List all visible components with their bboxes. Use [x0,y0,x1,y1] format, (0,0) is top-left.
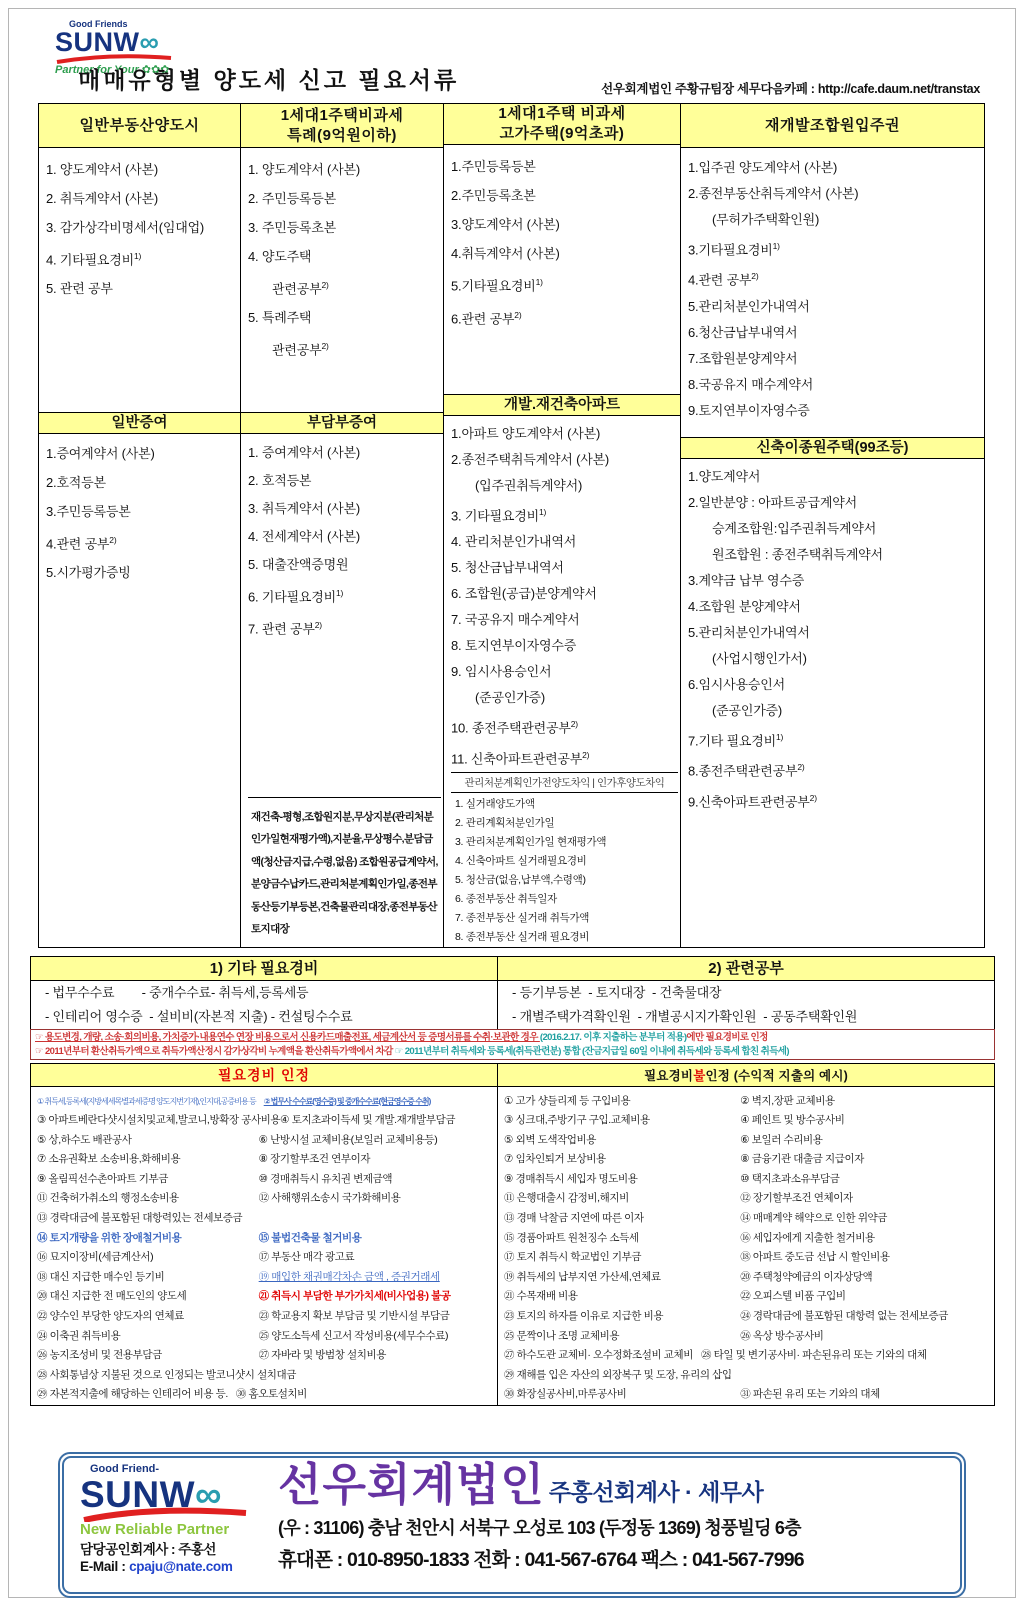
header-contact-info: 선우회계법인 주황규팀장 세무다음카페 : http://cafe.daum.n… [601,79,980,97]
expense-item: ⑤ 상,하수도 배관공사 [37,1131,259,1151]
doc-item: (준공인가증) [475,685,678,711]
expense-line: ⑪ 건축허가취소의 행정소송비용⑫ 사해행위소송시 국가화해비용 [37,1189,494,1209]
recognized-expenses-panel: 필요경비 인정 ① 취득세,등록세(지방세세목별과세증명 양도지번기재),인지대… [31,1064,498,1405]
expense-item: ⑱ 대신 지급한 매수인 등기비 [37,1268,259,1288]
expense-item: ⑳ 주택청약예금의 이자상당액 [740,1268,991,1288]
expense-item: ㉔ 경락대금에 불포함된 대항력 없는 전세보증금 [740,1307,991,1327]
other-expenses-box: 1) 기타 필요경비 - 법무수수료 - 중개수수료- 취득세,등록세등 - 인… [31,957,498,1029]
header-line: 고가주택(9억초과) [444,124,680,144]
expense-item: ⑫ 장기할부조건 연체이자 [740,1189,991,1209]
doc-item: 3. 기타필요경비1) [451,499,678,529]
expense-reference-table: 1) 기타 필요경비 - 법무수수료 - 중개수수료- 취득세,등록세등 - 인… [30,956,995,1030]
doc-list: 1. 증여계약서 (사본)2. 호적등본3. 취득계약서 (사본)4. 전세계약… [248,439,441,644]
doc-item: 6. 기타필요경비1) [248,579,441,611]
doc-item: 7.기타 필요경비1) [688,724,982,754]
gain-detail-list: 1. 실거래양도가액2. 관리계획처분인가일3. 관리처분계획인가일 현재평가액… [451,793,678,947]
column-header: 1세대1주택비과세특례(9억원이하) [241,104,443,148]
column-header: 재개발조합원입주권 [681,104,984,148]
infinity-icon: ∞ [140,27,160,57]
doc-list-with-sub: 1.아파트 양도계약서 (사본)2.종전주택취득계약서 (사본)(입주권취득계약… [444,416,680,947]
doc-item: 5.관리처분인가내역서 [688,620,982,646]
expense-line: ⑤ 상,하수도 배관공사⑥ 난방시설 교체비용(보일러 교체비용등) [37,1131,494,1151]
expense-line: ⑬ 경락대금에 불포함된 대항력있는 전세보증금 [37,1209,494,1229]
expense-item: ⑩ 경매취득시 유치권 변제금액 [259,1170,494,1190]
expense-line: ㉕ 문짝이나 조명 교체비용㉖ 옥상 방수공사비 [504,1327,991,1347]
other-expenses-line1: - 법무수수료 - 중개수수료- 취득세,등록세등 [31,981,497,1005]
footnote-segment: 에만 필요경비로 인정 [686,1032,767,1043]
expense-item: ⑰ 부동산 매각 광고료 [259,1248,494,1268]
footnote-line1: ☞ 용도변경, 개량, 소송·회의비용, 가치증가·내용연수 연장 비용으로서 … [35,1031,990,1045]
doc-item: 4. 양도주택 [248,242,441,271]
doc-item: 2. 호적등본 [248,467,441,495]
expense-item: ㉑ 취득시 부담한 부가가치세(비사업용) 불공 [259,1287,494,1307]
expense-item: ㉙ 재해를 입은 자산의 외장복구 및 도장, 유리의 삽입 [504,1366,991,1386]
footnote-segment: ☞ 2011년부터 환산취득가액으로 취득가액산정시 감가상각비 누계액을 환산… [35,1046,395,1057]
expense-line: ⑯ 묘지이장비(세금계산서)⑰ 부동산 매각 광고료 [37,1248,494,1268]
infinity-icon: ∞ [195,1474,222,1515]
header-line: 1세대1주택 비과세 [444,104,680,124]
footnote-segment: ☞ 용도변경, 개량, 소송·회의비용, 가치증가·내용연수 연장 비용으로서 … [35,1032,540,1043]
doc-item: 3. 관리처분계획인가일 현재평가액 [455,833,678,852]
doc-item: 승계조합원:입주권취득계약서 [712,516,982,542]
doc-item: 4.조합원 분양계약서 [688,594,982,620]
doc-item: (입주권취득계약서) [475,473,678,499]
header-line: 개발.재건축아파트 [444,395,680,415]
denied-expenses-title: 필요경비 불인정 (수익적 지출의 예시) [498,1064,994,1087]
doc-item: 9.토지연부이자영수증 [688,398,982,424]
expense-line: ㉚ 화장실공사비,마루공사비㉛ 파손된 유리 또는 기와의 대체 [504,1385,991,1405]
expense-item: ㉘ 사회통념상 지불된 것으로 인정되는 발코니샷시 설치대금 [37,1366,494,1386]
expense-item: ⑧ 장기할부조건 연부이자 [259,1150,494,1170]
gain-split-subheader: 관리처분계획인가전양도차익 | 인가후양도차익 [451,772,678,793]
expense-item: ㉚ 화장실공사비,마루공사비 [504,1385,740,1405]
expense-item: ⑭ 매매계약 해약으로 인한 위약금 [740,1209,991,1229]
doc-item: 1. 실거래양도가액 [455,795,678,814]
doc-item: 8. 토지연부이자영수증 [451,633,678,659]
firm-name: 선우회계법인 [278,1462,545,1507]
expense-item: ㉑ 수목재배 비용 [504,1287,740,1307]
column-association-right: 재개발조합원입주권 1.입주권 양도계약서 (사본)2.종전부동산취득계약서 (… [681,104,984,947]
expense-line: ⑰ 토지 취득시 학교법인 기부금⑱ 아파트 중도금 선납 시 할인비용 [504,1248,991,1268]
expense-item: ⑭ 토지개량을 위한 장애철거비용 [37,1229,259,1249]
expense-line: ㉙ 재해를 입은 자산의 외장복구 및 도장, 유리의 삽입 [504,1366,991,1386]
expense-line: ㉙ 자본적지출에 해당하는 인테리어 비용 등.㉚ 홈오토설치비 [37,1385,494,1405]
doc-item: 관련공부2) [272,271,441,303]
doc-item: 1.증여계약서 (사본) [46,439,238,468]
expense-item: ⑯ 세입자에게 지출한 철거비용 [740,1229,991,1249]
doc-item: 4. 신축아파트 실거래필요경비 [455,852,678,871]
doc-item: 8.종전주택관련공부2) [688,754,982,784]
footer-firm-info: 선우회계법인 주홍선회계사 · 세무사 (우 : 31106) 충남 천안시 서… [278,1460,958,1590]
header-line: 신축이종원주택(99조등) [681,438,984,458]
expense-item: ⑬ 경매 낙찰금 지연에 따른 이자 [504,1209,740,1229]
expense-item: ③ 아파트베란다샷시설치및교체,발코니,방확장 공사비용 [37,1111,280,1131]
title-segment-red: 불 [693,1066,705,1084]
expense-item: ⑨ 경매취득시 세입자 명도비용 [504,1170,740,1190]
expense-item: ㉒ 양수인 부당한 양도자의 연체료 [37,1307,259,1327]
doc-item: 8. 종전부동산 실거래 필요경비 [455,928,678,947]
expense-item: ⑦ 소유권확보 소송비용,화해비용 [37,1150,259,1170]
related-records-box: 2) 관련공부 - 등기부등본 - 토지대장 - 건축물대장 - 개별주택가격확… [498,957,994,1029]
expense-item: ⑲ 취득세의 납부지연 가산세,연체료 [504,1268,740,1288]
expense-item: ④ 토지초과이득세 및 개발.재개발부담금 [280,1111,494,1131]
doc-item: 2.종전부동산취득계약서 (사본) [688,181,982,207]
logo-wordmark: SUNW∞ [55,29,173,56]
doc-item: 7. 관련 공부2) [248,611,441,643]
expense-item: ⑱ 아파트 중도금 선납 시 할인비용 [740,1248,991,1268]
doc-item: 7.조합원분양계약서 [688,346,982,372]
doc-item: 4. 전세계약서 (사본) [248,523,441,551]
column-header: 일반부동산양도시 [39,104,240,148]
firm-accountant-names: 주홍선회계사 · 세무사 [549,1479,763,1507]
doc-item: 4.관련 공부2) [46,526,238,558]
footnote-segment: ☞ 2011년부터 취득세와 등록세(취득관련분) 통합 (잔금지급일 60일 … [395,1046,789,1057]
footer-accountant: 담당공인회계사 : 주홍선 [80,1543,278,1557]
other-expenses-title: 1) 기타 필요경비 [31,957,497,981]
doc-item: 2. 관리계획처분인가일 [455,814,678,833]
column-one-house-exempt: 1세대1주택비과세특례(9억원이하) 1. 양도계약서 (사본)2. 주민등록등… [241,104,444,947]
expense-line: ③ 아파트베란다샷시설치및교체,발코니,방확장 공사비용④ 토지초과이득세 및 … [37,1111,494,1131]
doc-item: 5.시가평가증빙 [46,558,238,587]
doc-item: 6.임시사용승인서 [688,672,982,698]
doc-item: 3. 주민등록초본 [248,213,441,242]
expense-line: ⑨ 올림픽선수촌아파트 기부금⑩ 경매취득시 유치권 변제금액 [37,1170,494,1190]
doc-item: 3.주민등록등본 [46,497,238,526]
header-line: 1세대1주택비과세 [241,106,443,126]
doc-item: 1.아파트 양도계약서 (사본) [451,421,678,447]
doc-item: 5. 관련 공부 [46,274,238,303]
expense-item: ⑳ 대신 지급한 전 매도인의 양도세 [37,1287,259,1307]
expense-line: ⑨ 경매취득시 세입자 명도비용⑩ 택지초과소유부담금 [504,1170,991,1190]
header-line: 일반부동산양도시 [39,116,240,136]
doc-item: 3. 감가상각비명세서(임대업) [46,213,238,242]
doc-item: 1. 양도계약서 (사본) [248,155,441,184]
expense-item: ㉗ 하수도관 교체비· 오수정화조설비 교체비 [504,1346,693,1366]
expense-item: ⑤ 외벽 도색작업비용 [504,1131,740,1151]
expense-line: ⑦ 소유권확보 소송비용,화해비용⑧ 장기할부조건 연부이자 [37,1150,494,1170]
header-line: 특례(9억원이하) [241,126,443,146]
doc-item: 2.주민등록초본 [451,181,678,210]
doc-item: 1. 양도계약서 (사본) [46,155,238,184]
doc-item: 2.호적등본 [46,468,238,497]
doc-item: 10. 종전주택관련공부2) [451,711,678,741]
column-header-burden-gift: 부담부증여 [241,412,443,434]
expense-line: ㉖ 농지조성비 및 전용부담금㉗ 자바라 및 방범창 설치비용 [37,1346,494,1366]
expense-line: ⑤ 외벽 도색작업비용⑥ 보일러 수리비용 [504,1131,991,1151]
doc-item: 7. 국공유지 매수계약서 [451,607,678,633]
doc-item: 관련공부2) [272,332,441,364]
expense-item: ⑦ 임차인퇴거 보상비용 [504,1150,740,1170]
footnote-segment: (2016.2.17. 이후 지출하는 분부터 적용) [540,1032,687,1043]
doc-list: 1.아파트 양도계약서 (사본)2.종전주택취득계약서 (사본)(입주권취득계약… [451,421,678,772]
other-expenses-line2: - 인테리어 영수증 - 설비비(자본적 지출) - 컨설팅수수료 [31,1005,497,1029]
recognized-expenses-title: 필요경비 인정 [31,1064,497,1087]
doc-item: 4. 관리처분인가내역서 [451,529,678,555]
expense-line: ① 고가 샹들리제 등 구입비용② 벽지,장판 교체비용 [504,1092,991,1112]
expense-item: ⑯ 묘지이장비(세금계산서) [37,1248,259,1268]
expense-line: ㉑ 수목재배 비용㉒ 오피스텔 비품 구입비 [504,1287,991,1307]
doc-item: (준공인가증) [712,698,982,724]
doc-item: 1. 증여계약서 (사본) [248,439,441,467]
expense-item: ㉓ 학교용지 확보 부담금 및 기반시설 부담금 [259,1307,494,1327]
doc-item: 2.일반분양 : 아파트공급계약서 [688,490,982,516]
expense-item: ⑫ 사해행위소송시 국가화해비용 [259,1189,494,1209]
expense-item: ㉕ 문짝이나 조명 교체비용 [504,1327,740,1347]
column-header: 1세대1주택 비과세고가주택(9억초과) [444,104,680,145]
expense-item: ⑬ 경락대금에 불포함된 대항력있는 전세보증금 [37,1209,494,1229]
expense-item: ⑪ 건축허가취소의 행정소송비용 [37,1189,259,1209]
doc-item: 원조합원 : 종전주택취득계약서 [712,542,982,568]
doc-item: 11. 신축아파트관련공부2) [451,742,678,772]
expense-line: ㉔ 이축권 취득비용㉕ 양도소득세 신고서 작성비용(세무수수료) [37,1327,494,1347]
expense-item: ㉖ 옥상 방수공사비 [740,1327,991,1347]
expense-line: ⑳ 대신 지급한 전 매도인의 양도세㉑ 취득시 부담한 부가가치세(비사업용)… [37,1287,494,1307]
doc-item: 6.청산금납부내역서 [688,320,982,346]
doc-list: 1.증여계약서 (사본)2.호적등본3.주민등록등본4.관련 공부2)5.시가평… [39,434,240,947]
expense-line: ⑲ 취득세의 납부지연 가산세,연체료⑳ 주택청약예금의 이자상당액 [504,1268,991,1288]
expense-item: ㉒ 오피스텔 비품 구입비 [740,1287,991,1307]
firm-phones: 휴대폰 : 010-8950-1833 전화 : 041-567-6764 팩스… [278,1544,958,1572]
reconstruction-note: 재건축-평형,조합원지분,무상지분(관리처분인가일현재평가액),지분율,무상평수… [248,797,441,947]
expense-line: ㉘ 사회통념상 지불된 것으로 인정되는 발코니샷시 설치대금 [37,1366,494,1386]
expense-item: ⑥ 난방시설 교체비용(보일러 교체비용등) [259,1131,494,1151]
expense-item: ② 벽지,장판 교체비용 [740,1092,991,1112]
expense-item: ⑮ 불법건축물 철거비용 [259,1229,494,1249]
expense-item: ㉚ 홈오토설치비 [236,1385,494,1405]
expense-line: ③ 싱크대,주방기구 구입.교체비용④ 페인트 및 방수공사비 [504,1111,991,1131]
title-segment: 필요경비 [644,1066,693,1084]
expense-item: ㉙ 자본적지출에 해당하는 인테리어 비용 등. [37,1385,228,1405]
expense-item: ㉘ 타일 및 변기공사비· 파손된유리 또는 기와의 대체 [701,1346,991,1366]
related-records-line2: - 개별주택가격확인원 - 개별공시지가확인원 - 공동주택확인원 [498,1005,994,1029]
expense-item: ② 법무사 수수료(영수증) 및 중개수수료(현금영수증 수취) [264,1092,494,1112]
footer-email: E-Mail : cpaju@nate.com [80,1560,278,1574]
expense-line: ⑭ 토지개량을 위한 장애철거비용⑮ 불법건축물 철거비용 [37,1229,494,1249]
expense-item: ⑲ 매입한 채권매각차손 금액 , 증권거래세 [259,1268,494,1288]
doc-item: (무허가주택확인원) [712,207,982,233]
expense-item: ⑨ 올림픽선수촌아파트 기부금 [37,1170,259,1190]
expense-line: ⑮ 경품아파트 원천징수 소득세⑯ 세입자에게 지출한 철거비용 [504,1229,991,1249]
expense-item: ㉖ 농지조성비 및 전용부담금 [37,1346,259,1366]
doc-list: 1. 양도계약서 (사본)2. 취득계약서 (사본)3. 감가상각비명세서(임대… [39,148,240,412]
footer-logo-wordmark: SUNW∞ [80,1476,278,1515]
column-header-redevelopment-apt: 개발.재건축아파트 [444,394,680,416]
firm-address: (우 : 31106) 충남 천안시 서북구 오성로 103 (두정동 1369… [278,1514,958,1540]
column-header-new-apt: 신축이종원주택(99조등) [681,437,984,459]
footer-contact-banner: Good Friend- SUNW∞ New Reliable Partner … [58,1452,966,1598]
logo-text: SUNW [80,1474,195,1515]
expense-item: ㉛ 파손된 유리 또는 기와의 대체 [740,1385,991,1405]
doc-item: 1.입주권 양도계약서 (사본) [688,155,982,181]
doc-item: 5. 대출잔액증명원 [248,551,441,579]
recognized-expenses-list: ① 취득세,등록세(지방세세목별과세증명 양도지번기재),인지대,공증비용 등②… [31,1087,497,1406]
footer-partner-line: New Reliable Partner [80,1522,278,1538]
doc-item: 4.관련 공부2) [688,263,982,293]
expense-item: ㉗ 자바라 및 방범창 설치비용 [259,1346,494,1366]
doc-item: 3.기타필요경비1) [688,233,982,263]
doc-item: 2. 주민등록등본 [248,184,441,213]
expense-line: ⑪ 은행대출시 감정비,해지비⑫ 장기할부조건 연체이자 [504,1189,991,1209]
expense-item: ㉔ 이축권 취득비용 [37,1327,259,1347]
doc-item: 4. 기타필요경비1) [46,242,238,274]
doc-item: 6. 종전부동산 취득일자 [455,890,678,909]
doc-list: 1.양도계약서2.일반분양 : 아파트공급계약서승계조합원:입주권취득계약서원조… [681,459,984,947]
doc-list-with-note: 1. 증여계약서 (사본)2. 호적등본3. 취득계약서 (사본)4. 전세계약… [241,434,443,947]
doc-item: 3.양도계약서 (사본) [451,210,678,239]
doc-item: 8.국공유지 매수계약서 [688,372,982,398]
doc-item: 5. 청산금(없음,납부액,수령액) [455,871,678,890]
expense-line: ① 취득세,등록세(지방세세목별과세증명 양도지번기재),인지대,공증비용 등②… [37,1092,494,1112]
expense-item: ④ 페인트 및 방수공사비 [740,1111,991,1131]
footnotes-box: ☞ 용도변경, 개량, 소송·회의비용, 가치증가·내용연수 연장 비용으로서 … [30,1029,995,1060]
doc-item: 3. 취득계약서 (사본) [248,495,441,523]
expense-line: ㉓ 토지의 하자를 이유로 지급한 비용㉔ 경락대금에 불포함된 대항력 없는 … [504,1307,991,1327]
expense-item: ㉓ 토지의 하자를 이유로 지급한 비용 [504,1307,740,1327]
expense-item: ⑧ 금융기관 대출금 지급이자 [740,1150,991,1170]
doc-item: 9. 임시사용승인서 [451,659,678,685]
doc-list: 1. 양도계약서 (사본)2. 주민등록등본3. 주민등록초본4. 양도주택관련… [241,148,443,412]
doc-item: 5. 특례주택 [248,303,441,332]
header-line: 부담부증여 [241,413,443,433]
doc-item: 2. 취득계약서 (사본) [46,184,238,213]
related-records-line1: - 등기부등본 - 토지대장 - 건축물대장 [498,981,994,1005]
document-requirements-table: 일반부동산양도시 1. 양도계약서 (사본)2. 취득계약서 (사본)3. 감가… [38,103,985,948]
doc-item: 2.종전주택취득계약서 (사본) [451,447,678,473]
expense-item: ⑰ 토지 취득시 학교법인 기부금 [504,1248,740,1268]
expense-line: ㉗ 하수도관 교체비· 오수정화조설비 교체비㉘ 타일 및 변기공사비· 파손된… [504,1346,991,1366]
doc-item: 4.취득계약서 (사본) [451,239,678,268]
email-label: E-Mail : [80,1559,129,1574]
doc-list: 1.입주권 양도계약서 (사본)2.종전부동산취득계약서 (사본)(무허가주택확… [681,148,984,437]
expense-line: ⑱ 대신 지급한 매수인 등기비⑲ 매입한 채권매각차손 금액 , 증권거래세 [37,1268,494,1288]
denied-expenses-list: ① 고가 샹들리제 등 구입비용② 벽지,장판 교체비용③ 싱크대,주방기구 구… [498,1087,994,1406]
title-segment: 인정 (수익적 지출의 예시) [705,1066,848,1084]
expense-item: ① 고가 샹들리제 등 구입비용 [504,1092,740,1112]
doc-item: 1.양도계약서 [688,464,982,490]
related-records-title: 2) 관련공부 [498,957,994,981]
column-general-transfer: 일반부동산양도시 1. 양도계약서 (사본)2. 취득계약서 (사본)3. 감가… [39,104,241,947]
sunwoo-footer-logo: Good Friend- SUNW∞ New Reliable Partner … [66,1460,278,1590]
expense-item: ⑥ 보일러 수리비용 [740,1131,991,1151]
doc-item: 3.계약금 납부 영수증 [688,568,982,594]
page-title: 매매유형별 양도세 신고 필요서류 [78,62,459,95]
expense-item: ① 취득세,등록세(지방세세목별과세증명 양도지번기재),인지대,공증비용 등 [37,1092,256,1112]
doc-list: 1.주민등록등본2.주민등록초본3.양도계약서 (사본)4.취득계약서 (사본)… [444,145,680,394]
expense-item: ⑮ 경품아파트 원천징수 소득세 [504,1229,740,1249]
doc-item: 7. 종전부동산 실거래 취득가액 [455,909,678,928]
expense-line: ⑬ 경매 낙찰금 지연에 따른 이자⑭ 매매계약 해약으로 인한 위약금 [504,1209,991,1229]
doc-item: 1.주민등록등본 [451,152,678,181]
column-high-price-house: 1세대1주택 비과세고가주택(9억초과) 1.주민등록등본2.주민등록초본3.양… [444,104,681,947]
doc-item: 9.신축아파트관련공부2) [688,785,982,815]
doc-item: 5. 청산금납부내역서 [451,555,678,581]
expense-item: ㉕ 양도소득세 신고서 작성비용(세무수수료) [259,1327,494,1347]
header-line: 일반증여 [39,413,240,433]
doc-item: 6. 조합원(공급)분양계약서 [451,581,678,607]
expense-line: ⑦ 임차인퇴거 보상비용⑧ 금융기관 대출금 지급이자 [504,1150,991,1170]
doc-item: 5.관리처분인가내역서 [688,294,982,320]
email-address: cpaju@nate.com [129,1559,233,1574]
logo-text: SUNW [55,27,140,57]
doc-item: 6.관련 공부2) [451,301,678,333]
denied-expenses-panel: 필요경비 불인정 (수익적 지출의 예시) ① 고가 샹들리제 등 구입비용② … [498,1064,994,1405]
expense-recognition-table: 필요경비 인정 ① 취득세,등록세(지방세세목별과세증명 양도지번기재),인지대… [30,1063,995,1406]
column-header-gift: 일반증여 [39,412,240,434]
header-line: 재개발조합원입주권 [681,116,984,136]
footnote-line2: ☞ 2011년부터 환산취득가액으로 취득가액산정시 감가상각비 누계액을 환산… [35,1045,990,1059]
expense-item: ⑪ 은행대출시 감정비,해지비 [504,1189,740,1209]
doc-item: 5.기타필요경비1) [451,268,678,300]
expense-line: ㉒ 양수인 부당한 양도자의 연체료㉓ 학교용지 확보 부담금 및 기반시설 부… [37,1307,494,1327]
expense-item: ③ 싱크대,주방기구 구입.교체비용 [504,1111,740,1131]
doc-item: (사업시행인가서) [712,646,982,672]
expense-item: ⑩ 택지초과소유부담금 [740,1170,991,1190]
